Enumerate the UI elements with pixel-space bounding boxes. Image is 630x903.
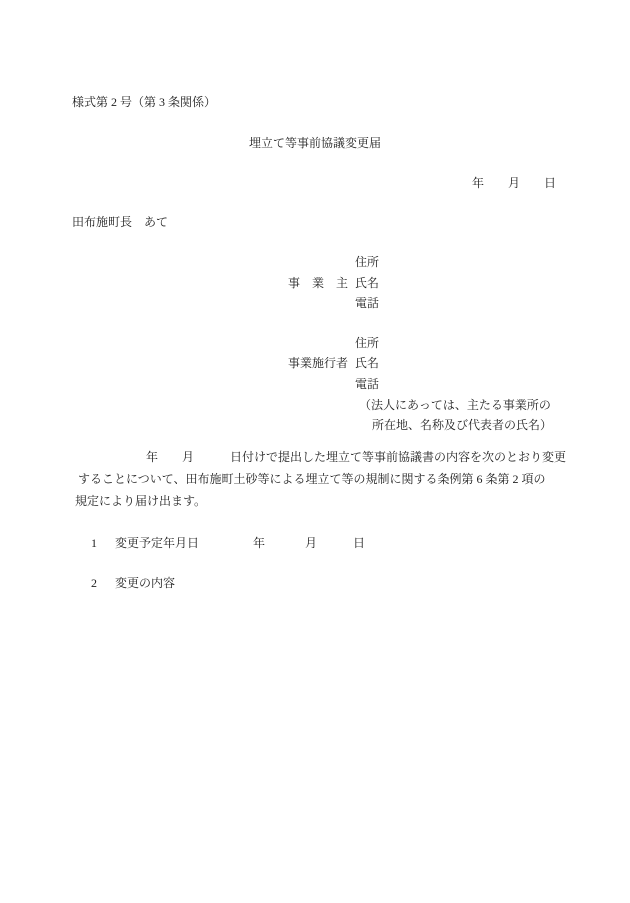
contractor-address-label: 住所	[355, 336, 379, 351]
body-line-1: 年 月 日付けで提出した埋立て等事前協議書の内容を次のとおり変更	[146, 450, 566, 465]
document-title: 埋立て等事前協議変更届	[0, 136, 630, 151]
item2-number: 2	[91, 576, 97, 591]
owner-address-label: 住所	[355, 255, 379, 270]
corporate-note-line1: （法人にあっては、主たる事業所の	[359, 398, 551, 413]
contractor-phone-label: 電話	[355, 377, 379, 392]
form-number: 様式第 2 号（第 3 条関係）	[72, 95, 216, 110]
owner-phone-label: 電話	[355, 296, 379, 311]
item1-day-label: 日	[353, 536, 365, 551]
body-line-2: することについて、田布施町土砂等による埋立て等の規制に関する条例第 6 条第 2…	[78, 472, 546, 487]
item1-month-label: 月	[305, 536, 317, 551]
owner-role-label: 事 業 主	[288, 276, 348, 291]
corporate-note-line2: 所在地、名称及び代表者の氏名）	[372, 418, 552, 433]
document-page: 様式第 2 号（第 3 条関係） 埋立て等事前協議変更届 年 月 日 田布施町長…	[0, 0, 630, 903]
owner-name-label: 氏名	[355, 276, 379, 291]
body-line-3: 規定により届け出ます。	[75, 494, 206, 509]
item2-label: 変更の内容	[115, 576, 175, 591]
item1-label: 変更予定年月日	[115, 536, 199, 551]
contractor-role-label: 事業施行者	[288, 356, 348, 371]
item1-number: 1	[91, 536, 97, 551]
item1-year-label: 年	[253, 536, 265, 551]
contractor-name-label: 氏名	[355, 356, 379, 371]
addressee-line: 田布施町長 あて	[72, 215, 168, 230]
date-line: 年 月 日	[472, 176, 556, 191]
